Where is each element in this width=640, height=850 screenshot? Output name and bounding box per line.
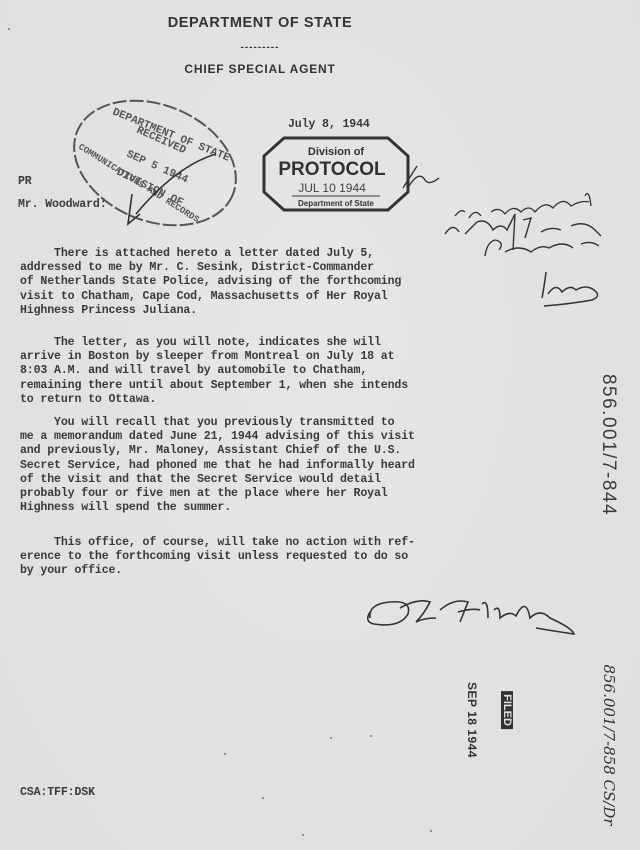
scan-speck: [262, 797, 264, 799]
file-number: 856.001/7-844: [588, 345, 628, 545]
letterhead-office: CHIEF SPECIAL AGENT: [0, 62, 520, 76]
protocol-line2: PROTOCOL: [278, 159, 386, 180]
scan-speck: [330, 737, 332, 739]
paragraph-4: This office, of course, will take no act…: [20, 536, 415, 579]
scan-speck: [430, 830, 432, 832]
scan-speck: [8, 28, 10, 30]
filed-date-stamp: SEP 18 1944: [460, 665, 484, 775]
scan-speck: [370, 735, 372, 737]
salutation: Mr. Woodward:: [18, 198, 107, 212]
handwritten-side-initials: [540, 270, 610, 310]
paragraph-2: The letter, as you will note, indicates …: [20, 336, 408, 407]
reference-code: PR: [18, 175, 32, 189]
protocol-date: JUL 10 1944: [298, 181, 366, 195]
letterhead-department: DEPARTMENT OF STATE: [0, 15, 520, 31]
protocol-line1: Division of: [308, 146, 365, 158]
letter-date: July 8, 1944: [288, 118, 370, 132]
paragraph-1: There is attached hereto a letter dated …: [20, 247, 401, 318]
scan-speck: [224, 753, 226, 755]
handwritten-bottom-file: 856.001/7-858 CS/Dr: [584, 650, 634, 840]
paragraph-3: You will recall that you previously tran…: [20, 416, 415, 515]
document-page: DEPARTMENT OF STATE --------- CHIEF SPEC…: [0, 0, 640, 850]
signature: [360, 588, 590, 638]
handwritten-margin-note: [395, 160, 625, 260]
scan-speck: [302, 834, 304, 836]
typist-initials: CSA:TFF:DSK: [20, 786, 95, 800]
letterhead-rule: ---------: [0, 42, 520, 53]
protocol-stamp: Division of PROTOCOL JUL 10 1944 Departm…: [262, 136, 410, 212]
filed-stamp: FILED: [496, 680, 518, 740]
protocol-footer: Department of State: [298, 199, 375, 208]
